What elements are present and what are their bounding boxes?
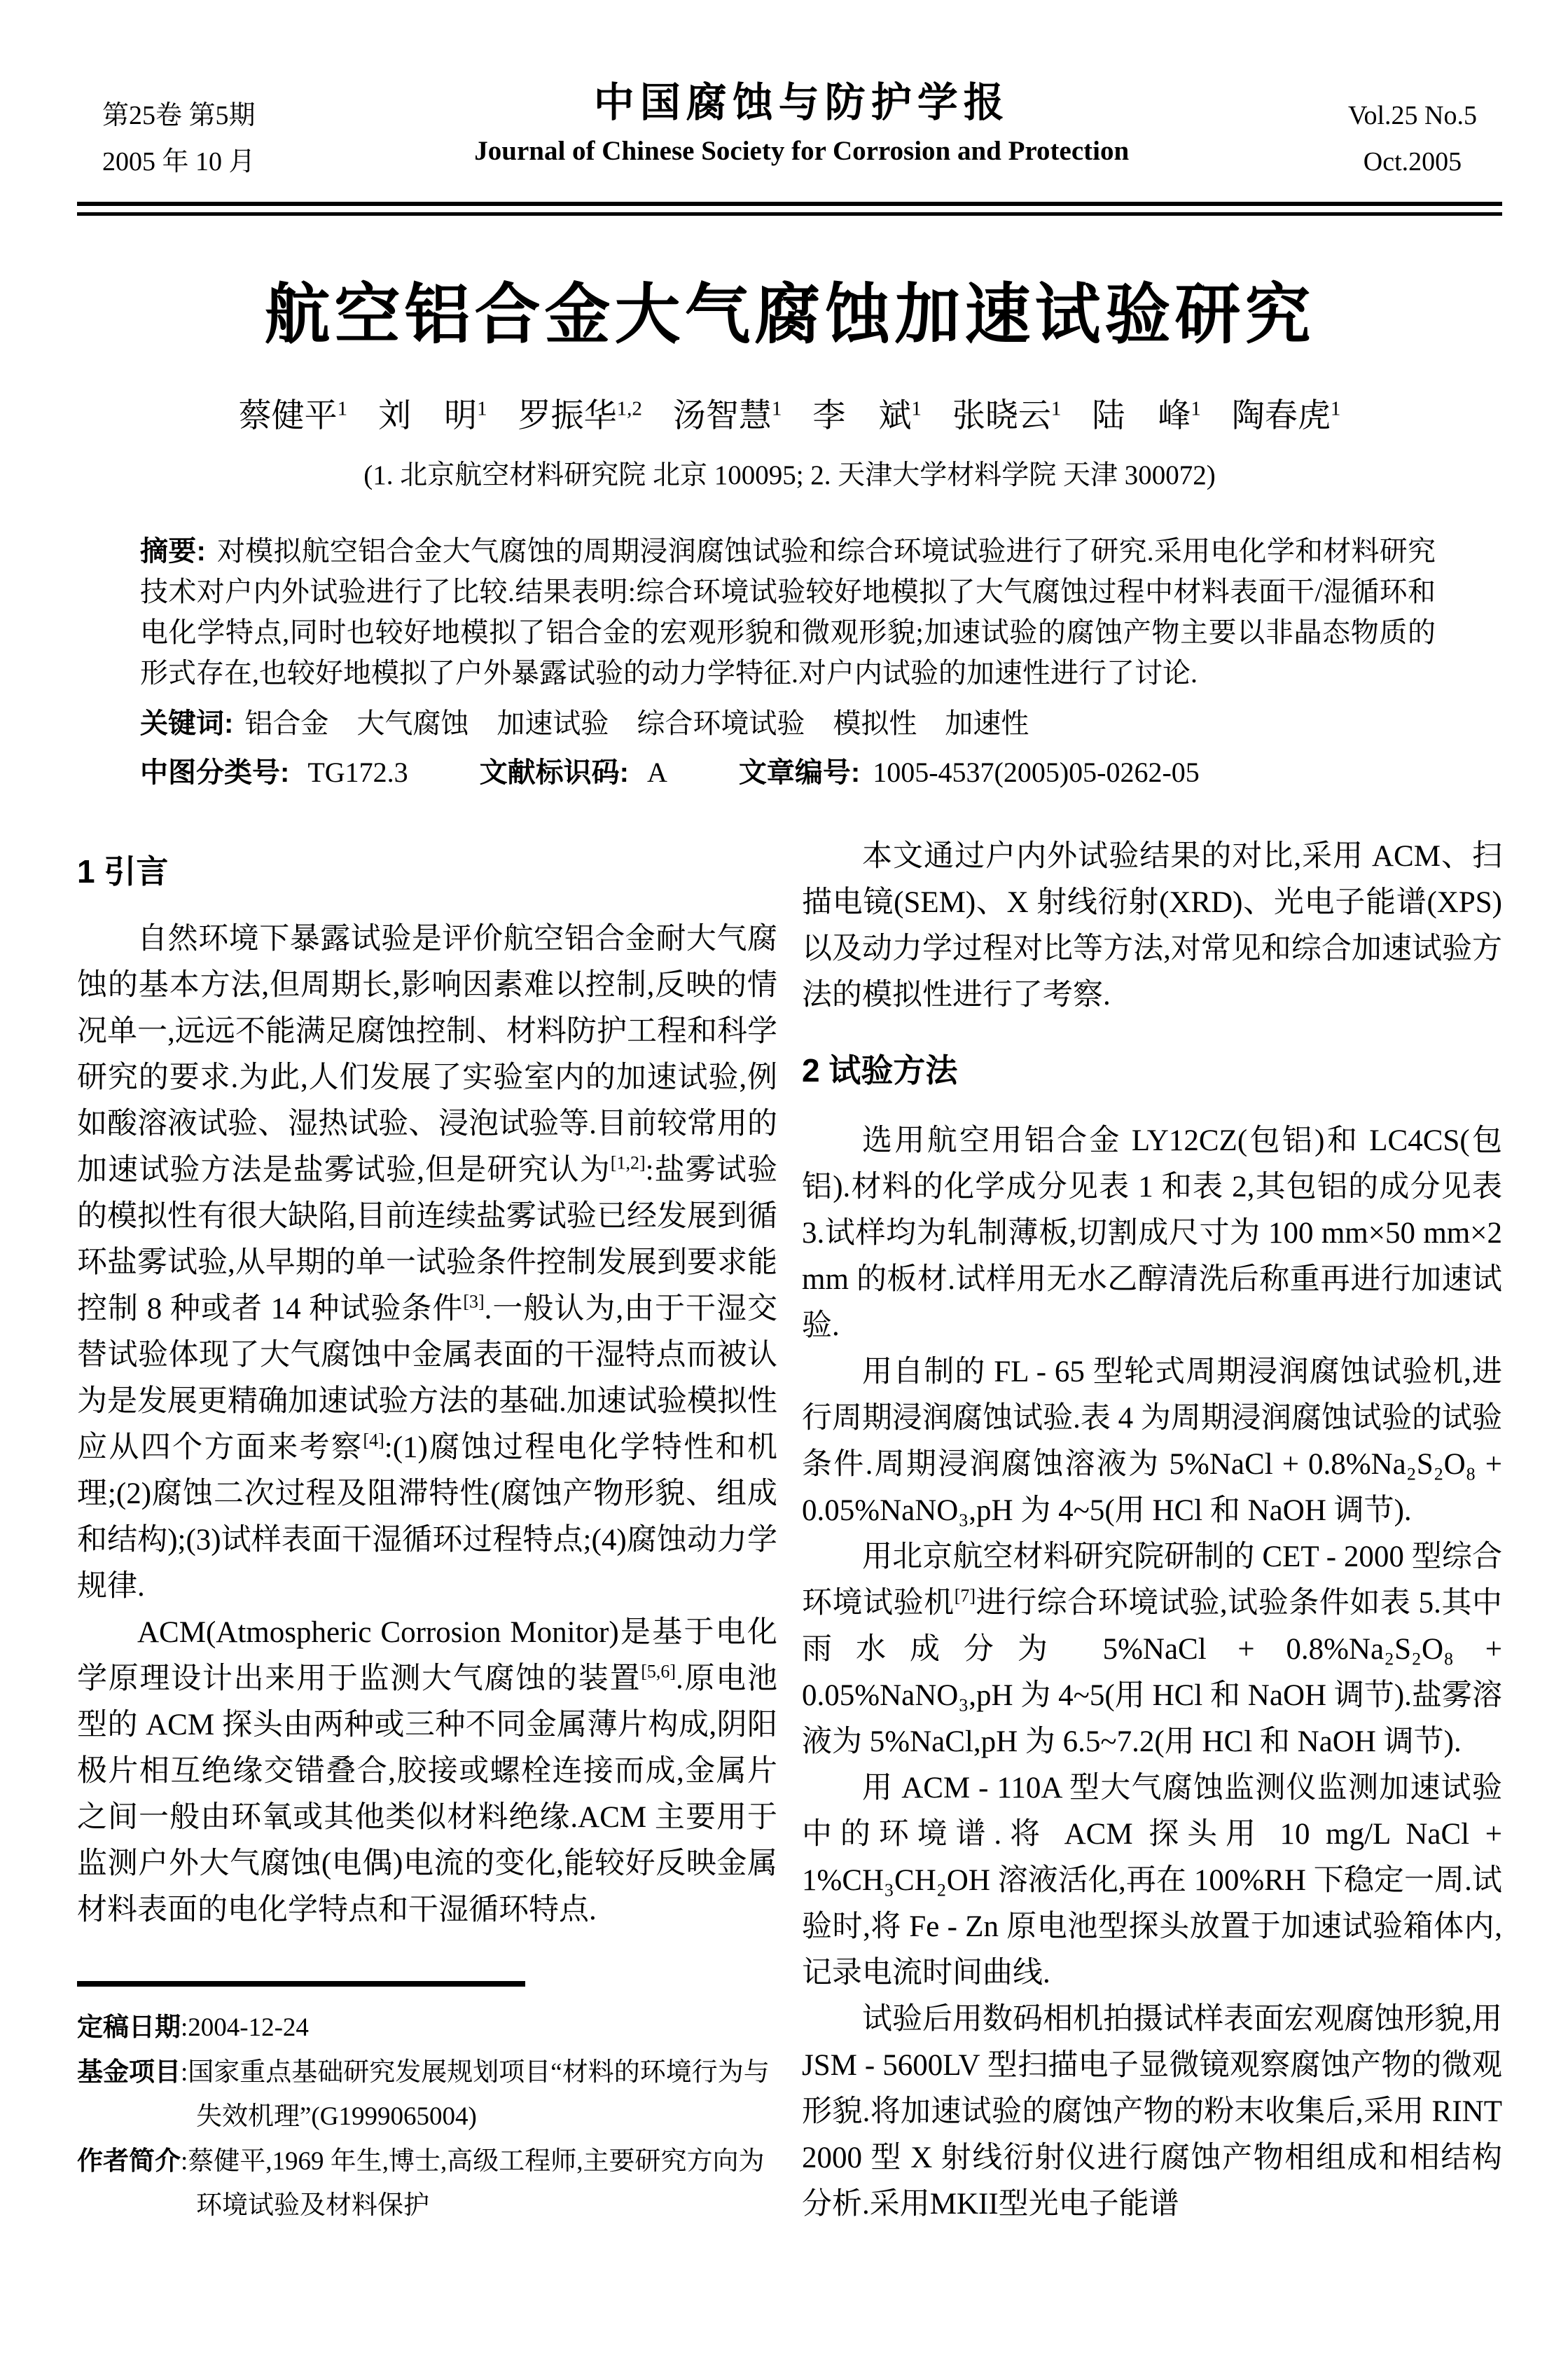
journal-name-chinese: 中国腐蚀与防护学报	[474, 78, 1129, 127]
article-meta-line: 中图分类号:TG172.3 文献标识码:A 文章编号:1005-4537(200…	[140, 752, 1436, 793]
author-affiliation-sup: 1	[477, 397, 487, 420]
author-affiliation-sup: 1	[772, 397, 782, 420]
footnote-received-date: 定稿日期:2004-12-24	[77, 2005, 777, 2050]
issue-info-cn: 第25卷 第5期 2005 年 10 月	[102, 92, 256, 185]
abstract-label: 摘要:	[140, 536, 206, 567]
article-body: 1 引言 自然环境下暴露试验是评价航空铝合金耐大气腐蚀的基本方法,但周期长,影响…	[77, 834, 1502, 2228]
author: 刘 明1	[378, 394, 487, 439]
journal-masthead: 第25卷 第5期 2005 年 10 月 中国腐蚀与防护学报 Journal o…	[77, 78, 1502, 185]
document-code-value: A	[647, 757, 667, 788]
author-list: 蔡健平1 刘 明1 罗振华1,2 汤智慧1 李 斌1 张晓云1 陆 峰1 陶春虎…	[77, 394, 1502, 439]
section-2-paragraph: 选用航空用铝合金 LY12CZ(包铝)和 LC4CS(包铝).材料的化学成分见表…	[802, 1118, 1502, 1349]
clc-label: 中图分类号:	[140, 757, 289, 788]
issue-info-en: Vol.25 No.5 Oct.2005	[1348, 92, 1477, 185]
volume-issue-cn: 第25卷 第5期	[102, 92, 256, 139]
footnote-label: 作者简介	[77, 2146, 181, 2175]
footnote-text: :蔡健平,1969 年生,博士,高级工程师,主要研究方向为环境试验及材料保护	[181, 2147, 765, 2220]
keywords-label: 关键词:	[140, 708, 233, 739]
footnote-fund-project: 基金项目:国家重点基础研究发展规划项目“材料的环境行为与失效机理”(G19990…	[77, 2050, 777, 2139]
section-1-paragraph: ACM(Atmospheric Corrosion Monitor)是基于电化学…	[77, 1610, 777, 1933]
issue-date-cn: 2005 年 10 月	[102, 139, 256, 185]
footnotes: 定稿日期:2004-12-24 基金项目:国家重点基础研究发展规划项目“材料的环…	[77, 2005, 777, 2228]
section-1-closing-paragraph: 本文通过户内外试验结果的对比,采用 ACM、扫描电镜(SEM)、X 射线衍射(X…	[802, 834, 1502, 1019]
author-affiliation-sup: 1	[1051, 397, 1062, 420]
author: 张晓云1	[952, 394, 1062, 439]
author: 蔡健平1	[239, 394, 348, 439]
clc-value: TG172.3	[307, 757, 408, 788]
article-id-value: 1005-4537(2005)05-0262-05	[873, 757, 1200, 788]
document-code-label: 文献标识码:	[480, 757, 629, 788]
author-name: 罗振华	[518, 398, 617, 434]
section-1-paragraph: 自然环境下暴露试验是评价航空铝合金耐大气腐蚀的基本方法,但周期长,影响因素难以控…	[77, 916, 777, 1610]
author: 陶春虎1	[1232, 394, 1341, 439]
footnote-text: :2004-12-24	[181, 2013, 309, 2042]
footnote-divider	[77, 1981, 525, 1987]
author-affiliation-sup: 1	[911, 397, 922, 420]
document-code: 文献标识码:A	[480, 757, 667, 788]
section-2-heading: 2 试验方法	[802, 1049, 1502, 1091]
author: 李 斌1	[812, 394, 922, 439]
keywords-text: 铝合金 大气腐蚀 加速试验 综合环境试验 模拟性 加速性	[244, 708, 1029, 739]
author-name: 李 斌	[812, 398, 911, 434]
author-affiliation-sup: 1	[338, 397, 348, 420]
masthead-divider	[77, 202, 1502, 216]
author-affiliation-sup: 1	[1191, 397, 1201, 420]
article-title: 航空铝合金大气腐蚀加速试验研究	[77, 276, 1502, 353]
journal-page: 第25卷 第5期 2005 年 10 月 中国腐蚀与防护学报 Journal o…	[0, 0, 1568, 2353]
abstract-text: 对模拟航空铝合金大气腐蚀的周期浸润腐蚀试验和综合环境试验进行了研究.采用电化学和…	[140, 535, 1436, 689]
section-2-paragraph: 试验后用数码相机拍摄试样表面宏观腐蚀形貌,用 JSM - 5600LV 型扫描电…	[802, 1996, 1502, 2228]
affiliations: (1. 北京航空材料研究院 北京 100095; 2. 天津大学材料学院 天津 …	[77, 457, 1502, 495]
author-affiliation-sup: 1,2	[617, 397, 642, 420]
section-2-paragraph: 用北京航空材料研究院研制的 CET - 2000 型综合环境试验机[7]进行综合…	[802, 1534, 1502, 1765]
left-column: 1 引言 自然环境下暴露试验是评价航空铝合金耐大气腐蚀的基本方法,但周期长,影响…	[77, 834, 777, 2228]
section-1-heading: 1 引言	[77, 850, 777, 892]
author: 陆 峰1	[1092, 394, 1201, 439]
author-name: 张晓云	[952, 398, 1051, 434]
author: 汤智慧1	[673, 394, 782, 439]
footnote-label: 基金项目	[77, 2057, 181, 2086]
author: 罗振华1,2	[518, 394, 642, 439]
keywords: 关键词:铝合金 大气腐蚀 加速试验 综合环境试验 模拟性 加速性	[140, 703, 1436, 744]
author-name: 刘 明	[378, 398, 477, 434]
author-affiliation-sup: 1	[1331, 397, 1341, 420]
clc-number: 中图分类号:TG172.3	[140, 757, 408, 788]
author-name: 陶春虎	[1232, 398, 1331, 434]
abstract: 摘要:对模拟航空铝合金大气腐蚀的周期浸润腐蚀试验和综合环境试验进行了研究.采用电…	[140, 531, 1436, 694]
volume-issue-en: Vol.25 No.5	[1348, 92, 1477, 139]
right-column: 本文通过户内外试验结果的对比,采用 ACM、扫描电镜(SEM)、X 射线衍射(X…	[802, 834, 1502, 2228]
journal-titles: 中国腐蚀与防护学报 Journal of Chinese Society for…	[474, 78, 1129, 171]
article-id-label: 文章编号:	[739, 757, 860, 788]
author-name: 陆 峰	[1092, 398, 1191, 434]
section-2-paragraph: 用自制的 FL - 65 型轮式周期浸润腐蚀试验机,进行周期浸润腐蚀试验.表 4…	[802, 1349, 1502, 1534]
issue-date-en: Oct.2005	[1348, 139, 1477, 185]
author-name: 汤智慧	[673, 398, 772, 434]
article-id: 文章编号:1005-4537(2005)05-0262-05	[739, 757, 1200, 788]
author-name: 蔡健平	[239, 398, 338, 434]
footnote-label: 定稿日期	[77, 2013, 181, 2041]
section-2-paragraph: 用 ACM - 110A 型大气腐蚀监测仪监测加速试验中的环境谱.将 ACM 探…	[802, 1765, 1502, 1996]
footnote-text: :国家重点基础研究发展规划项目“材料的环境行为与失效机理”(G199906500…	[181, 2058, 770, 2131]
footnote-author-bio: 作者简介:蔡健平,1969 年生,博士,高级工程师,主要研究方向为环境试验及材料…	[77, 2139, 777, 2228]
journal-name-english: Journal of Chinese Society for Corrosion…	[474, 132, 1129, 171]
